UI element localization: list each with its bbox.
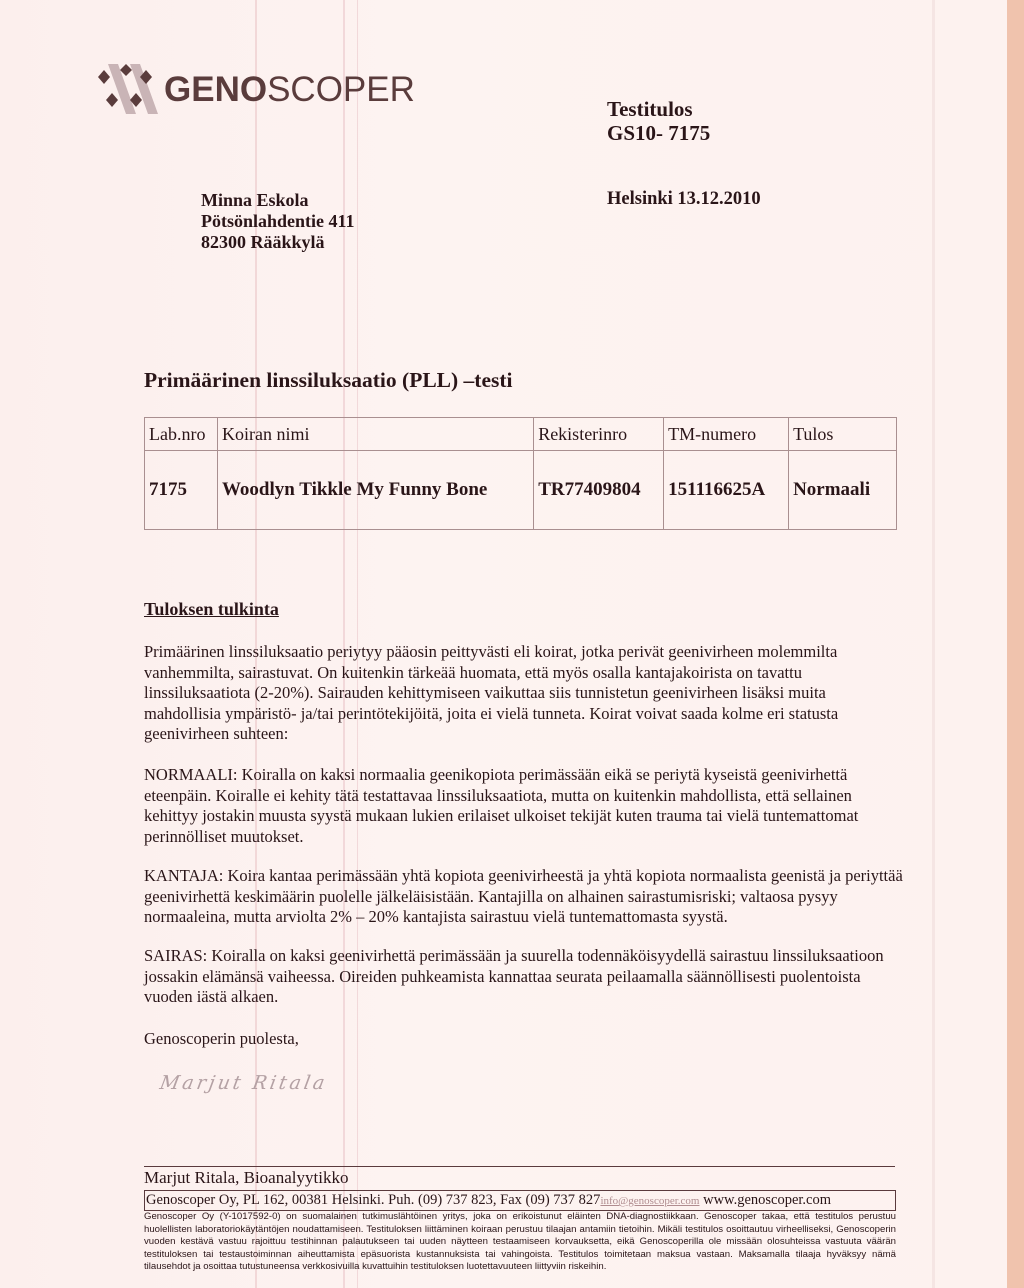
logo-brand-bold: GENO	[164, 70, 267, 109]
signature-divider	[144, 1166, 895, 1167]
cell-tm-number: 151116625A	[664, 451, 789, 530]
handwritten-signature: Marjut Ritala	[158, 1072, 329, 1094]
header-tm-number: TM-numero	[664, 418, 789, 451]
recipient-name: Minna Eskola	[201, 190, 355, 211]
header-result: Tulos	[789, 418, 897, 451]
cell-result: Normaali	[789, 451, 897, 530]
table-header-row: Lab.nro Koiran nimi Rekisterinro TM-nume…	[145, 418, 897, 451]
interpretation-heading: Tuloksen tulkinta	[144, 599, 279, 620]
document-number: GS10- 7175	[607, 121, 710, 145]
genoscoper-x-logo-icon	[96, 64, 158, 114]
recipient-address: Minna Eskola Pötsönlahdentie 411 82300 R…	[201, 190, 355, 253]
scan-edge	[1007, 0, 1024, 1288]
document-header: Testitulos GS10- 7175	[607, 97, 710, 145]
recipient-postal-city: 82300 Rääkkylä	[201, 232, 355, 253]
contact-details: Genoscoper Oy, PL 162, 00381 Helsinki. P…	[146, 1192, 600, 1208]
status-sairas: SAIRAS: Koiralla on kaksi geenivirhettä …	[144, 946, 904, 1008]
results-table: Lab.nro Koiran nimi Rekisterinro TM-nume…	[144, 417, 897, 530]
recipient-street: Pötsönlahdentie 411	[201, 211, 355, 232]
status-kantaja: KANTAJA: Koira kantaa perimässään yhtä k…	[144, 866, 904, 928]
contact-info-box: Genoscoper Oy, PL 162, 00381 Helsinki. P…	[144, 1190, 896, 1211]
header-lab-nro: Lab.nro	[145, 418, 218, 451]
website-link[interactable]: www.genoscoper.com	[699, 1192, 831, 1208]
signer-name-title: Marjut Ritala, Bioanalyytikko	[144, 1168, 348, 1188]
logo-wordmark: GENOSCOPER	[164, 72, 415, 107]
closing-text: Genoscoperin puolesta,	[144, 1029, 904, 1050]
status-normaali: NORMAALI: Koiralla on kaksi normaalia ge…	[144, 765, 904, 847]
header-dog-name: Koiran nimi	[217, 418, 533, 451]
cell-lab-nro: 7175	[145, 451, 218, 530]
logo-brand-light: SCOPER	[267, 70, 415, 109]
legal-disclaimer: Genoscoper Oy (Y-1017592-0) on suomalain…	[144, 1211, 896, 1274]
email-link[interactable]: info@genoscoper.com	[600, 1195, 699, 1207]
document-type: Testitulos	[607, 97, 710, 121]
table-row: 7175 Woodlyn Tikkle My Funny Bone TR7740…	[145, 451, 897, 530]
interpretation-intro: Primäärinen linssiluksaatio periytyy pää…	[144, 642, 904, 745]
header-registration: Rekisterinro	[534, 418, 664, 451]
place-date: Helsinki 13.12.2010	[607, 189, 761, 210]
company-logo: GENOSCOPER	[96, 64, 415, 114]
cell-dog-name: Woodlyn Tikkle My Funny Bone	[217, 451, 533, 530]
test-title: Primäärinen linssiluksaatio (PLL) –testi	[144, 368, 513, 393]
scan-streak	[932, 0, 935, 1288]
cell-registration: TR77409804	[534, 451, 664, 530]
